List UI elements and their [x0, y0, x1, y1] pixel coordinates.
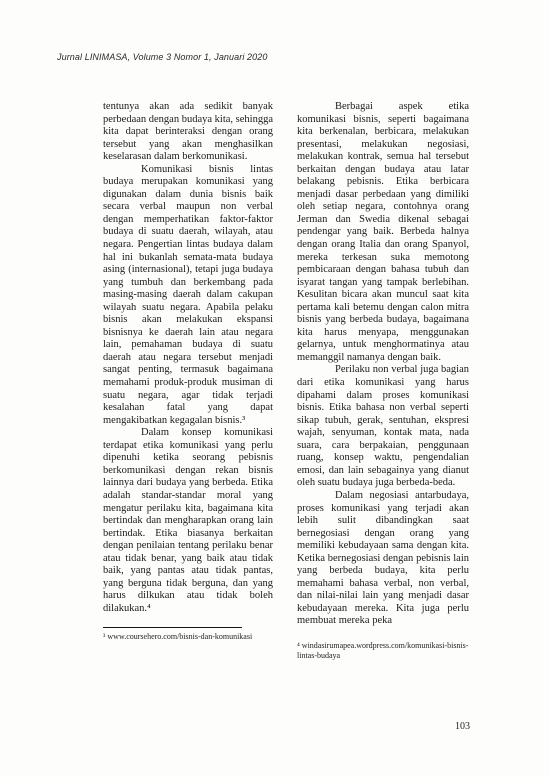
journal-page: Jurnal LINIMASA, Volume 3 Nomor 1, Janua…: [0, 0, 550, 777]
body-paragraph: Dalam negosiasi antarbudaya, proses komu…: [297, 490, 469, 628]
body-paragraph: tentunya akan ada sedikit banyak perbeda…: [103, 101, 273, 164]
running-header: Jurnal LINIMASA, Volume 3 Nomor 1, Janua…: [57, 52, 267, 62]
footnote-3: ³ www.coursehero.com/bisnis-dan-komunika…: [103, 632, 273, 643]
body-paragraph: Berbagai aspek etika komunikasi bisnis, …: [297, 101, 469, 364]
page-number: 103: [455, 721, 470, 732]
footnote-4: ⁴ windasirumapea.wordpress.com/komunikas…: [297, 641, 469, 662]
body-paragraph: Komunikasi bisnis lintas budaya merupaka…: [103, 164, 273, 427]
left-column: tentunya akan ada sedikit banyak perbeda…: [103, 101, 273, 643]
body-paragraph: Dalam konsep komunikasi terdapat etika k…: [103, 427, 273, 615]
body-paragraph: Perilaku non verbal juga bagian dari eti…: [297, 364, 469, 489]
right-column: Berbagai aspek etika komunikasi bisnis, …: [297, 101, 469, 662]
footnote-separator: [103, 627, 242, 628]
